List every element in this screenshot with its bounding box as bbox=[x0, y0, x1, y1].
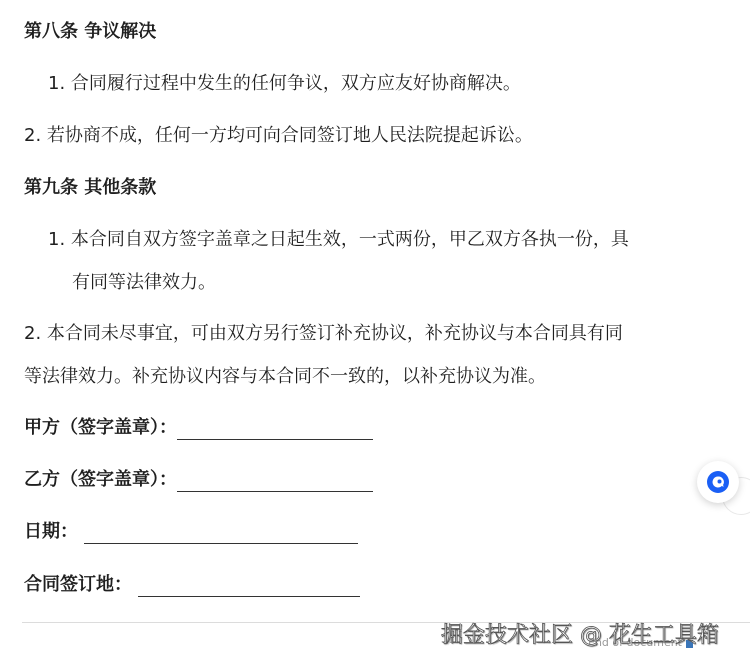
signing-place-field[interactable] bbox=[138, 578, 360, 597]
article-8-heading: 第八条 争议解决 bbox=[24, 20, 156, 44]
party-a-label: 甲方（签字盖章）： bbox=[24, 416, 177, 440]
date-row: 日期： bbox=[24, 520, 358, 544]
assistant-float-button[interactable] bbox=[697, 461, 739, 503]
article-9-item-2-line-1: 2. 本合同未尽事宜，可由双方另行签订补充协议，补充协议与本合同具有同 bbox=[24, 322, 623, 346]
chat-bubble-icon bbox=[706, 470, 730, 494]
date-field[interactable] bbox=[84, 525, 358, 544]
signing-place-row: 合同签订地： bbox=[24, 573, 360, 597]
article-9-item-2-line-2: 等法律效力。补充协议内容与本合同不一致的，以补充协议为准。 bbox=[24, 365, 546, 389]
article-8-item-1: 1. 合同履行过程中发生的任何争议，双方应友好协商解决。 bbox=[48, 72, 521, 96]
party-a-signature-field[interactable] bbox=[177, 421, 373, 440]
article-9-heading: 第九条 其他条款 bbox=[24, 176, 156, 200]
document-page: 第八条 争议解决 1. 合同履行过程中发生的任何争议，双方应友好协商解决。 2.… bbox=[0, 0, 750, 664]
article-9-item-1-line-1: 1. 本合同自双方签字盖章之日起生效，一式两份，甲乙双方各执一份，具 bbox=[48, 228, 629, 252]
party-b-label: 乙方（签字盖章）： bbox=[24, 468, 177, 492]
party-b-signature-row: 乙方（签字盖章）： bbox=[24, 468, 373, 492]
party-a-signature-row: 甲方（签字盖章）： bbox=[24, 416, 373, 440]
party-b-signature-field[interactable] bbox=[177, 473, 373, 492]
article-9-item-1-line-2: 有同等法律效力。 bbox=[72, 271, 216, 295]
watermark: 掘金技术社区 @ 花生工具箱 bbox=[441, 618, 719, 649]
article-8-item-2: 2. 若协商不成，任何一方均可向合同签订地人民法院提起诉讼。 bbox=[24, 124, 533, 148]
date-label: 日期： bbox=[24, 520, 78, 544]
signing-place-label: 合同签订地： bbox=[24, 573, 132, 597]
